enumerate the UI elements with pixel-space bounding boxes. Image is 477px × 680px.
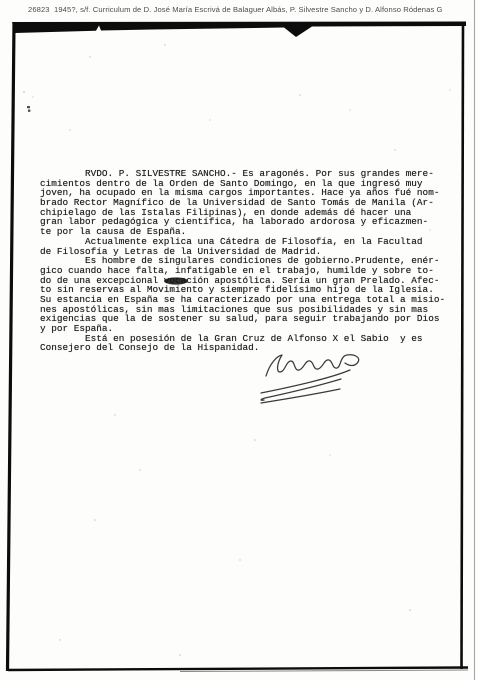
scan-bottom-border bbox=[8, 668, 468, 671]
scan-bottom-border-echo bbox=[180, 670, 468, 672]
text-line: Consejero del Consejo de la Hispanidad. bbox=[40, 343, 460, 353]
scan-top-border bbox=[12, 22, 466, 38]
typed-document-text: RVDO. P. SILVESTRE SANCHO.- Es aragonés.… bbox=[40, 169, 460, 353]
scan-right-border bbox=[462, 22, 464, 669]
signature-scrawl bbox=[261, 355, 359, 403]
archive-caption: 26823 1945?, s/f. Curriculum de D. José … bbox=[28, 5, 468, 15]
scan-left-border bbox=[8, 23, 15, 671]
margin-smudge bbox=[27, 106, 30, 112]
